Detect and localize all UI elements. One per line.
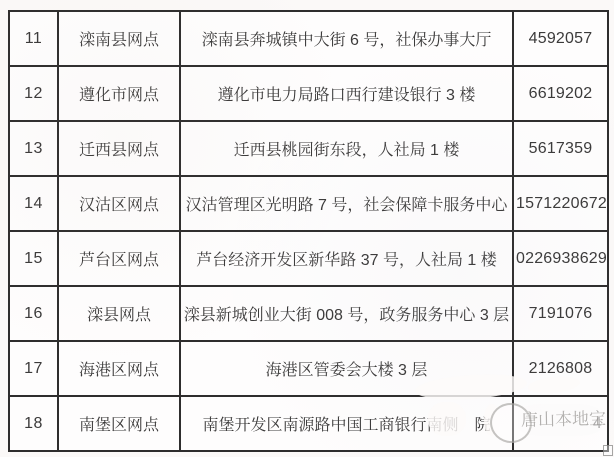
site-name-cell: 南堡区网点: [58, 396, 180, 451]
site-name-cell: 遵化市网点: [58, 66, 180, 121]
service-points-table: 11 滦南县网点 滦南县奔城镇中大街 6 号，社保办事大厅 4592057 12…: [8, 10, 609, 452]
phone-cell: 15712206721: [513, 176, 608, 231]
table-row: 11 滦南县网点 滦南县奔城镇中大街 6 号，社保办事大厅 4592057: [9, 11, 608, 66]
serial-cell: 13: [9, 121, 58, 176]
address-cell: 滦南县奔城镇中大街 6 号，社保办事大厅: [180, 11, 513, 66]
screenshot-root: 11 滦南县网点 滦南县奔城镇中大街 6 号，社保办事大厅 4592057 12…: [0, 0, 614, 457]
site-name-cell: 滦县网点: [58, 286, 180, 341]
phone-cell: 4592057: [513, 11, 608, 66]
table-row: 12 遵化市网点 遵化市电力局路口西行建设银行 3 楼 6619202: [9, 66, 608, 121]
site-name-cell: 迁西县网点: [58, 121, 180, 176]
site-name-cell: 滦南县网点: [58, 11, 180, 66]
table-row: 14 汉沽区网点 汉沽管理区光明路 7 号，社会保障卡服务中心 15712206…: [9, 176, 608, 231]
serial-cell: 16: [9, 286, 58, 341]
serial-cell: 12: [9, 66, 58, 121]
serial-cell: 18: [9, 396, 58, 451]
address-cell: 芦台经济开发区新华路 37 号，人社局 1 楼: [180, 231, 513, 286]
address-cell: 海港区管委会大楼 3 层: [180, 341, 513, 396]
table-row: 13 迁西县网点 迁西县桃园街东段，人社局 1 楼 5617359: [9, 121, 608, 176]
address-cell: 滦县新城创业大街 008 号，政务服务中心 3 层: [180, 286, 513, 341]
serial-cell: 15: [9, 231, 58, 286]
phone-cell: 4: [513, 396, 608, 451]
site-name-cell: 芦台区网点: [58, 231, 180, 286]
table-row: 17 海港区网点 海港区管委会大楼 3 层 2126808: [9, 341, 608, 396]
site-name-cell: 海港区网点: [58, 341, 180, 396]
serial-cell: 17: [9, 341, 58, 396]
phone-cell: 6619202: [513, 66, 608, 121]
table-row: 15 芦台区网点 芦台经济开发区新华路 37 号，人社局 1 楼 0226938…: [9, 231, 608, 286]
phone-cell: 7191076: [513, 286, 608, 341]
phone-cell: 02269386295: [513, 231, 608, 286]
address-cell: 遵化市电力局路口西行建设银行 3 楼: [180, 66, 513, 121]
site-name-cell: 汉沽区网点: [58, 176, 180, 231]
serial-cell: 11: [9, 11, 58, 66]
address-cell: 汉沽管理区光明路 7 号，社会保障卡服务中心: [180, 176, 513, 231]
address-cell: 迁西县桃园街东段，人社局 1 楼: [180, 121, 513, 176]
phone-cell: 5617359: [513, 121, 608, 176]
table-row: 16 滦县网点 滦县新城创业大街 008 号，政务服务中心 3 层 719107…: [9, 286, 608, 341]
table-row: 18 南堡区网点 南堡开发区南源路中国工商银行南侧 院 4: [9, 396, 608, 451]
phone-cell: 2126808: [513, 341, 608, 396]
serial-cell: 14: [9, 176, 58, 231]
address-cell: 南堡开发区南源路中国工商银行南侧 院: [180, 396, 513, 451]
